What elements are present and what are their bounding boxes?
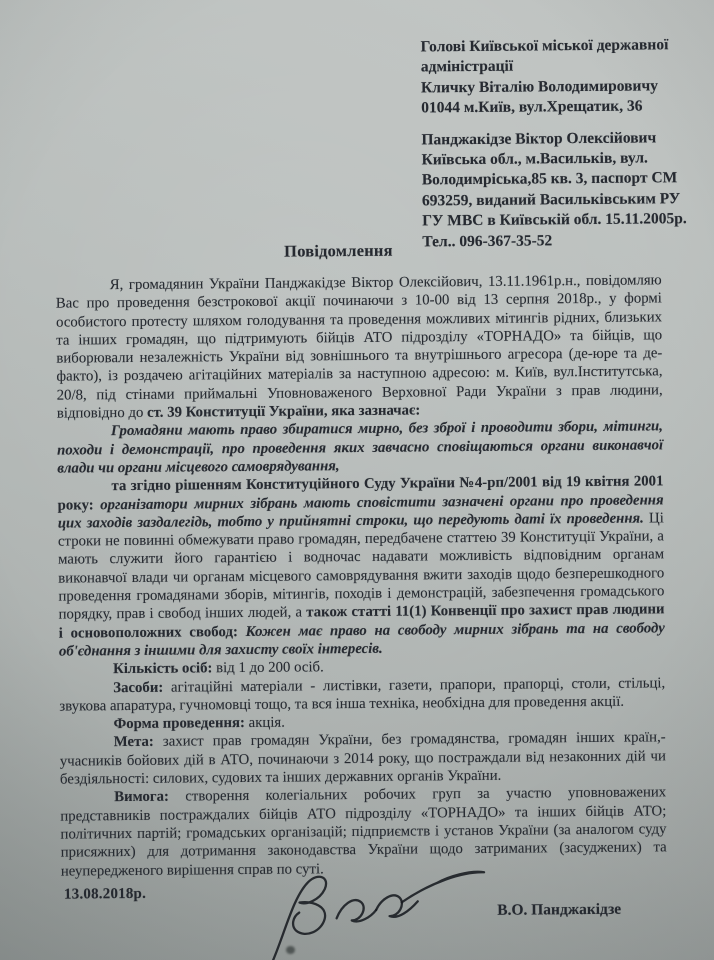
constitution-article-ref: ст. 39 Конституції України, яка зазначає… [147, 403, 420, 421]
recipient-line: Голові Київської міської державної [421, 35, 703, 58]
sender-line: Панджакідзе Віктор Олексійович [421, 128, 703, 151]
sender-line: 693259, виданий Васильківським РУ [422, 189, 704, 212]
photo-artifact-dot [286, 946, 295, 954]
sender-line: ГУ МВС в Київській обл. 15.11.2005р. [422, 209, 704, 232]
recipient-line: адміністрації [421, 55, 703, 78]
item-text: акція. [245, 715, 285, 731]
item-means: Засоби: агітаційні матеріали - листівки,… [59, 674, 665, 716]
document-date: 13.08.2018р. [64, 886, 146, 904]
sender-line: Володимріська,85 кв. 3, паспорт СМ [422, 168, 704, 191]
item-label: Засоби: [113, 679, 163, 695]
address-header: Голові Київської міської державної адмін… [421, 35, 705, 264]
item-label: Вимога: [114, 789, 169, 805]
item-label: Форма проведення: [113, 715, 245, 732]
document-body: Я, громадянин України Панджакідзе Віктор… [56, 271, 667, 880]
constitution-quote: Громадяни мають право збиратися мирно, б… [57, 418, 663, 478]
signature-stroke [268, 876, 330, 960]
item-label: Мета: [114, 734, 154, 750]
item-goal: Мета: захист прав громадян України, без … [60, 729, 666, 789]
recipient-line: Кличку Віталію Володимировичу [421, 76, 703, 99]
signature-stroke [400, 871, 485, 902]
sender-line: Київська обл., м.Васильків, вул. [422, 148, 704, 171]
recipient-block: Голові Київської міської державної адмін… [421, 35, 704, 119]
signature-stroke [375, 894, 418, 918]
sender-block: Панджакідзе Віктор Олексійович Київська … [421, 128, 704, 253]
signatory-name: В.О. Панджакідзе [424, 900, 694, 920]
item-text: від 1 до 200 осіб. [212, 660, 323, 677]
item-label: Кількість осіб: [113, 661, 213, 678]
signature-stroke [336, 899, 377, 923]
court-ruling-quote: організатори мирних зібрань мають сповіс… [58, 492, 664, 532]
recipient-line: 01044 м.Київ, вул.Хрещатик, 36 [421, 96, 703, 119]
document-page: Голові Київської міської державної адмін… [0, 0, 714, 960]
intro-text: Я, громадянин України Панджакідзе Віктор… [56, 272, 663, 421]
document-photo: Голові Київської міської державної адмін… [0, 0, 714, 960]
paragraph-intro: Я, громадянин України Панджакідзе Віктор… [56, 271, 663, 423]
paragraph-court-ruling: та згідно рішенням Конституційного Суду … [57, 473, 665, 661]
